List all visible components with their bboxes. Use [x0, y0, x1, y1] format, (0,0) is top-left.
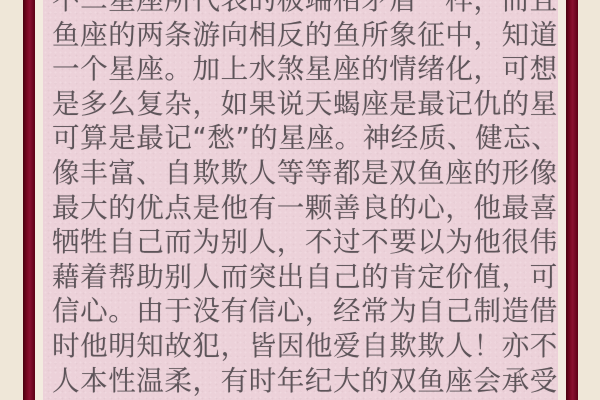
- text-line: 像丰富、自欺欺人等等都是双鱼座的形像词，不过双鱼座: [52, 156, 552, 191]
- page: 不二星座所代表的极端相矛盾一样，而且如与双鱼座的大 鱼座的两条游向相反的鱼所象征…: [0, 0, 600, 400]
- right-frame-border: [566, 0, 578, 400]
- text-line: 时他明知故犯，皆因他爱自欺欺人！亦不要以为双鱼座的: [52, 329, 552, 364]
- article-body: 不二星座所代表的极端相矛盾一样，而且如与双鱼座的大 鱼座的两条游向相反的鱼所象征…: [52, 0, 552, 398]
- left-frame-border: [23, 0, 35, 400]
- text-line: 不二星座所代表的极端相矛盾一样，而且如与双鱼座的大: [52, 0, 552, 18]
- text-line: 信心。由于没有信心，经常为自己制造借口去逃避，许多: [52, 294, 552, 329]
- text-line: 牺牲自己而为别人，不过不要以为他很伟大，其实只是他: [52, 225, 552, 260]
- left-inner-strip: [35, 0, 43, 400]
- text-line: 可算是最记“愁”的星座。神经质、健忘、多愁善感、想: [52, 121, 552, 156]
- text-panel: 不二星座所代表的极端相矛盾一样，而且如与双鱼座的大 鱼座的两条游向相反的鱼所象征…: [43, 0, 558, 400]
- text-line: 最大的优点是他有一颗善良的心，他最喜欢帮助人，愿意: [52, 191, 552, 226]
- text-line: 一个星座。加上水煞星座的情绪化，可想而知双鱼座的人: [52, 52, 552, 87]
- text-line: 人本性温柔，有时年纪大的双鱼座会承受不了结自我的压: [52, 364, 552, 399]
- text-line: 藉着帮助别人而突出自己的肯定价值，可见他们多么没有: [52, 260, 552, 295]
- text-line: 鱼座的两条游向相反的鱼所象征中，知道这是多重矛盾的: [52, 18, 552, 53]
- text-line: 是多么复杂，如果说天蝎座是最记仇的星座，那么双鱼座: [52, 87, 552, 122]
- right-inner-strip: [558, 0, 566, 400]
